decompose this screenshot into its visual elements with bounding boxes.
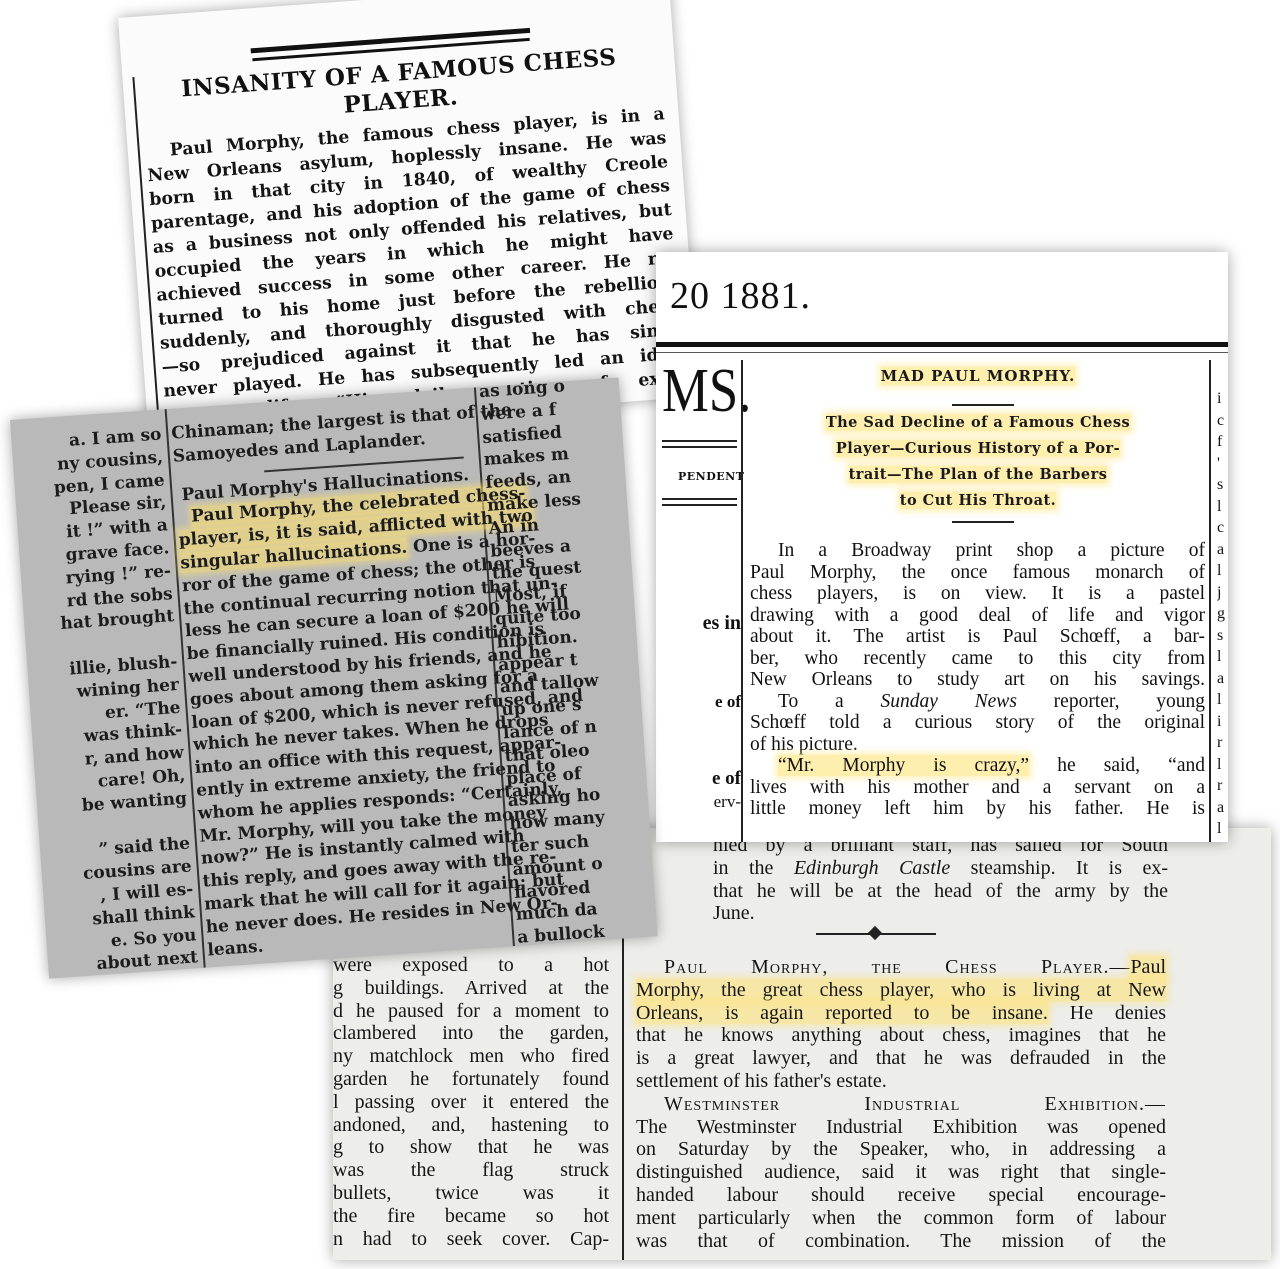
text-line: drawing with a good deal of life and vig…: [750, 605, 1205, 627]
headline-mad-morphy: MAD PAUL MORPHY.: [748, 367, 1208, 385]
text-line: little money left him by his father. He …: [750, 798, 1205, 820]
text-line: handed labour should receive special enc…: [636, 1184, 1166, 1207]
article-body: ror of the game of chess; the other isth…: [181, 554, 507, 962]
column-rule: [1209, 360, 1211, 842]
left-column: were exposed to a hotg buildings. Arrive…: [333, 954, 609, 1250]
text-line: ment particularly when the common form o…: [636, 1207, 1166, 1230]
clipping-hallucinations: a. I am sony cousins,pen, I camePlease s…: [10, 377, 658, 978]
double-rule: [251, 28, 531, 53]
text-line: New Orleans to study art on his savings.: [750, 669, 1205, 691]
text-line: the fire became so hot: [333, 1205, 609, 1228]
masthead-fragment: MS.: [662, 356, 751, 427]
highlighted-quote: “Mr. Morphy is crazy,”: [778, 755, 1029, 776]
clipping-insanity: INSANITY OF A FAMOUS CHESS PLAYER. Paul …: [118, 0, 699, 437]
column-fragment: erv-: [714, 792, 741, 812]
double-rule: [662, 498, 737, 500]
short-rule: [952, 404, 1014, 406]
text-line: in the Edinburgh Castle steamship. It is…: [713, 857, 1168, 880]
column-rule: [741, 360, 743, 842]
text-line: d he paused for a moment to: [333, 1000, 609, 1023]
text-line: were exposed to a hot: [333, 954, 609, 977]
text-line: Player—Curious History of a Por-: [748, 436, 1208, 462]
text-line: The Sad Decline of a Famous Chess: [748, 410, 1208, 436]
text-line: To a Sunday News reporter, young: [750, 691, 1205, 713]
issue-date: 20 1881.: [670, 274, 811, 318]
section-title-chess-player: Paul Morphy, the Chess Player.—: [664, 956, 1130, 978]
clipping-mad-morphy: 20 1881. MS. PENDENT es in e of e of erv…: [656, 252, 1228, 842]
westminster-body: The Westminster Industrial Exhibition wa…: [636, 1116, 1166, 1253]
text-line: ny matchlock men who fired: [333, 1045, 609, 1068]
text-line: garden he fortunately found: [333, 1068, 609, 1091]
next-column-fragment: icf'slcaljgslalirlral: [1217, 388, 1227, 840]
text-line: distinguished audience, said it was righ…: [636, 1161, 1166, 1184]
text-line: l passing over it entered the: [333, 1091, 609, 1114]
text-line: that he will be at the head of the army …: [713, 880, 1168, 903]
short-rule: [952, 521, 1014, 523]
text-line: was that of combination. The mission of …: [636, 1230, 1166, 1253]
text-fragment: He denies: [1048, 1002, 1166, 1024]
army-news-fragment: nied by a brilliant staff, has sailed fo…: [713, 834, 1168, 925]
text-line: on Saturday by the Speaker, who, in addr…: [636, 1138, 1166, 1161]
text-line: to Cut His Throat.: [748, 488, 1208, 514]
column-rule: [622, 938, 624, 1260]
text-line: June.: [713, 902, 1168, 925]
text-line: Schœff told a curious story of the origi…: [750, 712, 1205, 734]
text-line: “Mr. Morphy is crazy,” he said, “and: [750, 755, 1205, 777]
middle-column: Chinaman; the largest is that of the Sam…: [171, 402, 511, 979]
text-line: trait—The Plan of the Barbers: [748, 462, 1208, 488]
text-fragment: he said, “and: [1029, 755, 1205, 776]
ornamental-divider: [816, 933, 936, 935]
text-line: about it. The artist is Paul Schœff, a b…: [750, 626, 1205, 648]
text-line: that he knows anything about chess, imag…: [636, 1024, 1166, 1047]
text-line: Paul Morphy, the once famous monarch of: [750, 562, 1205, 584]
highlighted-text: Morphy, the great chess player, who is l…: [636, 979, 1166, 1001]
text-line: ber, who recently came to this city from: [750, 648, 1205, 670]
subheadline: The Sad Decline of a Famous ChessPlayer—…: [748, 410, 1208, 514]
masthead-rule-thin: [656, 352, 1228, 353]
text-line: bullets, twice was it: [333, 1182, 609, 1205]
text-line: was the flag struck: [333, 1159, 609, 1182]
masthead-rule: [656, 342, 1228, 347]
column-fragment: e of: [715, 692, 741, 712]
text-line: Orleans, is again reported to be insane.…: [636, 1002, 1166, 1025]
text-line: is a great lawyer, and that he was defra…: [636, 1047, 1166, 1070]
article-body: In a Broadway print shop a picture of Pa…: [750, 540, 1205, 820]
text-line: chess players, is on view. It is a paste…: [750, 583, 1205, 605]
text-line: The Westminster Industrial Exhibition wa…: [636, 1116, 1166, 1139]
section-title-westminster: Westminster Industrial Exhibition.—: [636, 1093, 1166, 1116]
double-rule: [662, 440, 737, 442]
highlighted-headline: MAD PAUL MORPHY.: [881, 367, 1076, 385]
text-line: clambered into the garden,: [333, 1022, 609, 1045]
text-line: settlement of his father's estate.: [636, 1070, 1166, 1093]
text-line: g buildings. Arrived at the: [333, 977, 609, 1000]
highlighted-text: Orleans, is again reported to be insane.: [636, 1002, 1048, 1024]
column-fragment: e of: [712, 768, 741, 790]
section-title-line: Paul Morphy, the Chess Player.—Paul: [636, 956, 1166, 979]
masthead-subtitle: PENDENT: [678, 470, 744, 483]
text-line: of his picture.: [750, 734, 1205, 756]
text-line: In a Broadway print shop a picture of: [750, 540, 1205, 562]
column-fragment: es in: [703, 612, 741, 635]
right-column: Paul Morphy, the Chess Player.—Paul Morp…: [636, 956, 1166, 1252]
text-line: andoned, and, hastening to: [333, 1114, 609, 1137]
ship-name: Edinburgh Castle: [794, 857, 950, 879]
text-line: lives with his mother and a servant on a: [750, 777, 1205, 799]
highlighted-text: Paul: [1130, 956, 1166, 978]
text-line: n had to seek cover. Cap-: [333, 1228, 609, 1251]
text-line: g to show that he was: [333, 1136, 609, 1159]
text-line: Morphy, the great chess player, who is l…: [636, 979, 1166, 1002]
